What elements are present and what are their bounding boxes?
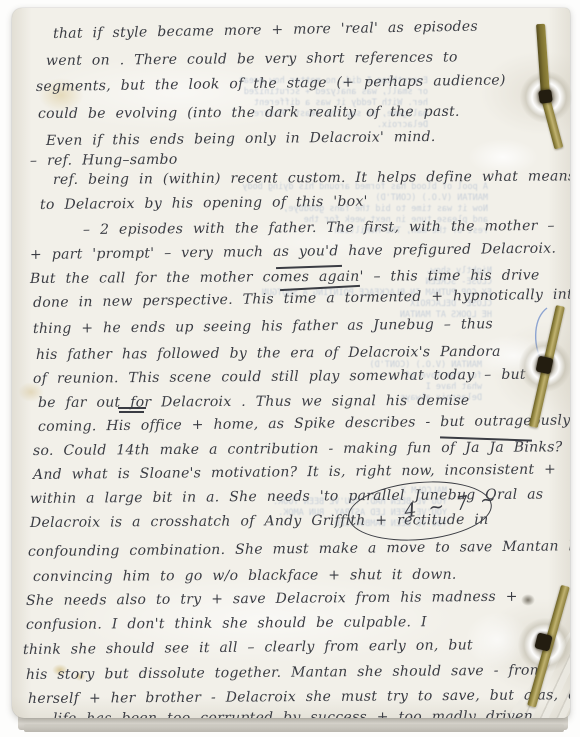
underline-for-2 (119, 411, 144, 413)
handwritten-line: life has been too corrupted by success +… (53, 708, 533, 718)
handwritten-line: herself + her brother - Delacroix she mu… (28, 687, 570, 707)
handwritten-line: of reunion. This scene could still play … (33, 367, 526, 387)
handwriting-layer: that if style became more + more 'real' … (12, 8, 570, 718)
handwritten-line: ref. being in (within) recent custom. It… (53, 168, 570, 188)
handwritten-line: so. Could 14th make a contribution - mak… (33, 439, 570, 459)
handwritten-line: be far out for Delacroix . Thus we signa… (38, 393, 470, 411)
handwritten-line: think she should see it all – clearly fr… (23, 637, 473, 658)
handwritten-line: – 2 episodes with the father. The first,… (83, 218, 555, 238)
manuscript-photo: Everything I did, no matter how great or… (0, 0, 580, 737)
handwritten-line: thing + he ends up seeing his father as … (33, 316, 493, 337)
handwritten-line: his father has followed by the era of De… (36, 344, 501, 363)
handwritten-line: + part 'prompt' – very much as you'd hav… (30, 241, 556, 263)
handwritten-line: And what is Sloane's motivation? It is, … (33, 462, 556, 483)
handwritten-line: that if style became more + more 'real' … (53, 19, 478, 42)
handwritten-line: to Delacroix by his opening of this 'box… (40, 194, 368, 213)
handwritten-line: Even if this ends being only in Delacroi… (46, 129, 436, 149)
manuscript-page: Everything I did, no matter how great or… (12, 8, 570, 718)
handwritten-line: went on . There could be very short refe… (46, 49, 458, 69)
handwritten-line: could be evolving (into the dark reality… (38, 104, 460, 122)
handwritten-line: But the call for the mother comes again'… (30, 267, 540, 287)
handwritten-line: confounding combination. She must make a… (28, 538, 570, 560)
handwritten-line: convincing him to go w/o blackface + shu… (33, 567, 457, 585)
handwritten-line: segments, but the look of the stage (+ p… (36, 72, 506, 95)
handwritten-line: She needs also to try + save Delacroix f… (26, 589, 518, 609)
brass-fastener-top-grommet (538, 89, 553, 104)
handwritten-line: his story but dissolute together. Mantan… (26, 662, 543, 683)
handwritten-line: confusion. I don't think she should be c… (26, 614, 427, 633)
handwritten-line: – ref. Hung–sambo (30, 152, 178, 169)
underlying-pages-edge-2 (24, 724, 564, 732)
handwritten-line: coming. His office + home, as Spike desc… (38, 412, 570, 435)
underline-for (118, 407, 146, 409)
ink-smudge (521, 594, 535, 606)
